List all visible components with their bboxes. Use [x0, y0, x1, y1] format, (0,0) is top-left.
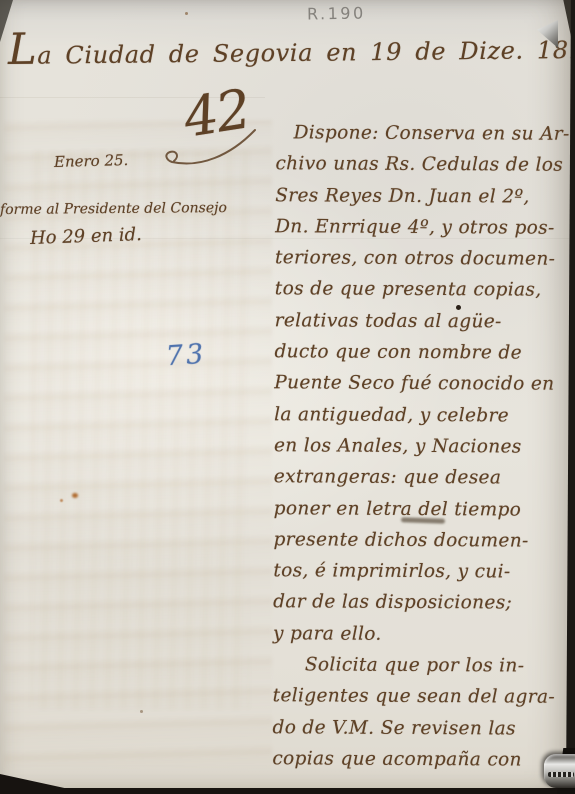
margin-note-done: Ho 29 en id.: [30, 224, 143, 249]
manuscript-line: Dispone: Conserva en su Ar-: [276, 117, 575, 150]
manuscript-line: ducto que con nombre de: [274, 336, 574, 369]
rubric-flourish-icon: [160, 128, 270, 178]
manuscript-line: extrangeras: que desea: [274, 461, 574, 494]
foxing-speck: [185, 12, 188, 15]
manuscript-line: la antiguedad, y celebre: [274, 399, 574, 432]
manuscript-line: teligentes que sean del agra-: [273, 681, 573, 714]
manuscript-line: y para ello.: [273, 618, 573, 651]
manuscript-line: dar de las disposiciones;: [273, 587, 573, 620]
letter-body: Dispone: Conserva en su Ar- chivo unas R…: [272, 117, 575, 776]
pencil-reference-number: R.190: [307, 3, 366, 23]
manuscript-line: presente dichos documen-: [273, 524, 573, 557]
manuscript-line: Solicita que por los in-: [273, 649, 573, 682]
dateline-heading: La Ciudad de Segovia en 19 de Dize. 1817…: [8, 27, 570, 70]
manuscript-line: chivo unas Rs. Cedulas de los: [275, 149, 575, 182]
foxing-speck: [140, 710, 143, 713]
margin-note-date: Enero 25.: [54, 151, 129, 171]
metal-clip-band: [548, 772, 574, 777]
margin-note-forward: forme al Presidente del Consejo: [0, 200, 227, 218]
manuscript-line: Dn. Enrrique 4º, y otros pos-: [275, 211, 575, 244]
manuscript-line: do de V.M. Se revisen las: [272, 712, 572, 745]
manuscript-line: Puente Seco fué conocido en: [274, 368, 574, 401]
manuscript-line: tos, é imprimirlos, y cui-: [273, 555, 573, 588]
foxing-speck: [72, 493, 78, 498]
manuscript-line: teriores, con otros documen-: [275, 242, 575, 275]
manuscript-line: en los Anales, y Naciones: [274, 430, 574, 463]
foxing-speck: [60, 499, 63, 502]
manuscript-line: tos de que presenta copias,: [275, 274, 575, 307]
manuscript-line: relativas todas al agüe-: [275, 305, 575, 338]
blue-folio-number: 73: [165, 339, 207, 373]
ink-blot: [456, 305, 461, 310]
manuscript-line: copias que acompaña con: [272, 743, 572, 776]
scanned-manuscript-page: R.190 La Ciudad de Segovia en 19 de Dize…: [0, 0, 575, 794]
metal-clip-bottom-right: [544, 754, 575, 788]
manuscript-line: Sres Reyes Dn. Juan el 2º,: [275, 180, 575, 213]
